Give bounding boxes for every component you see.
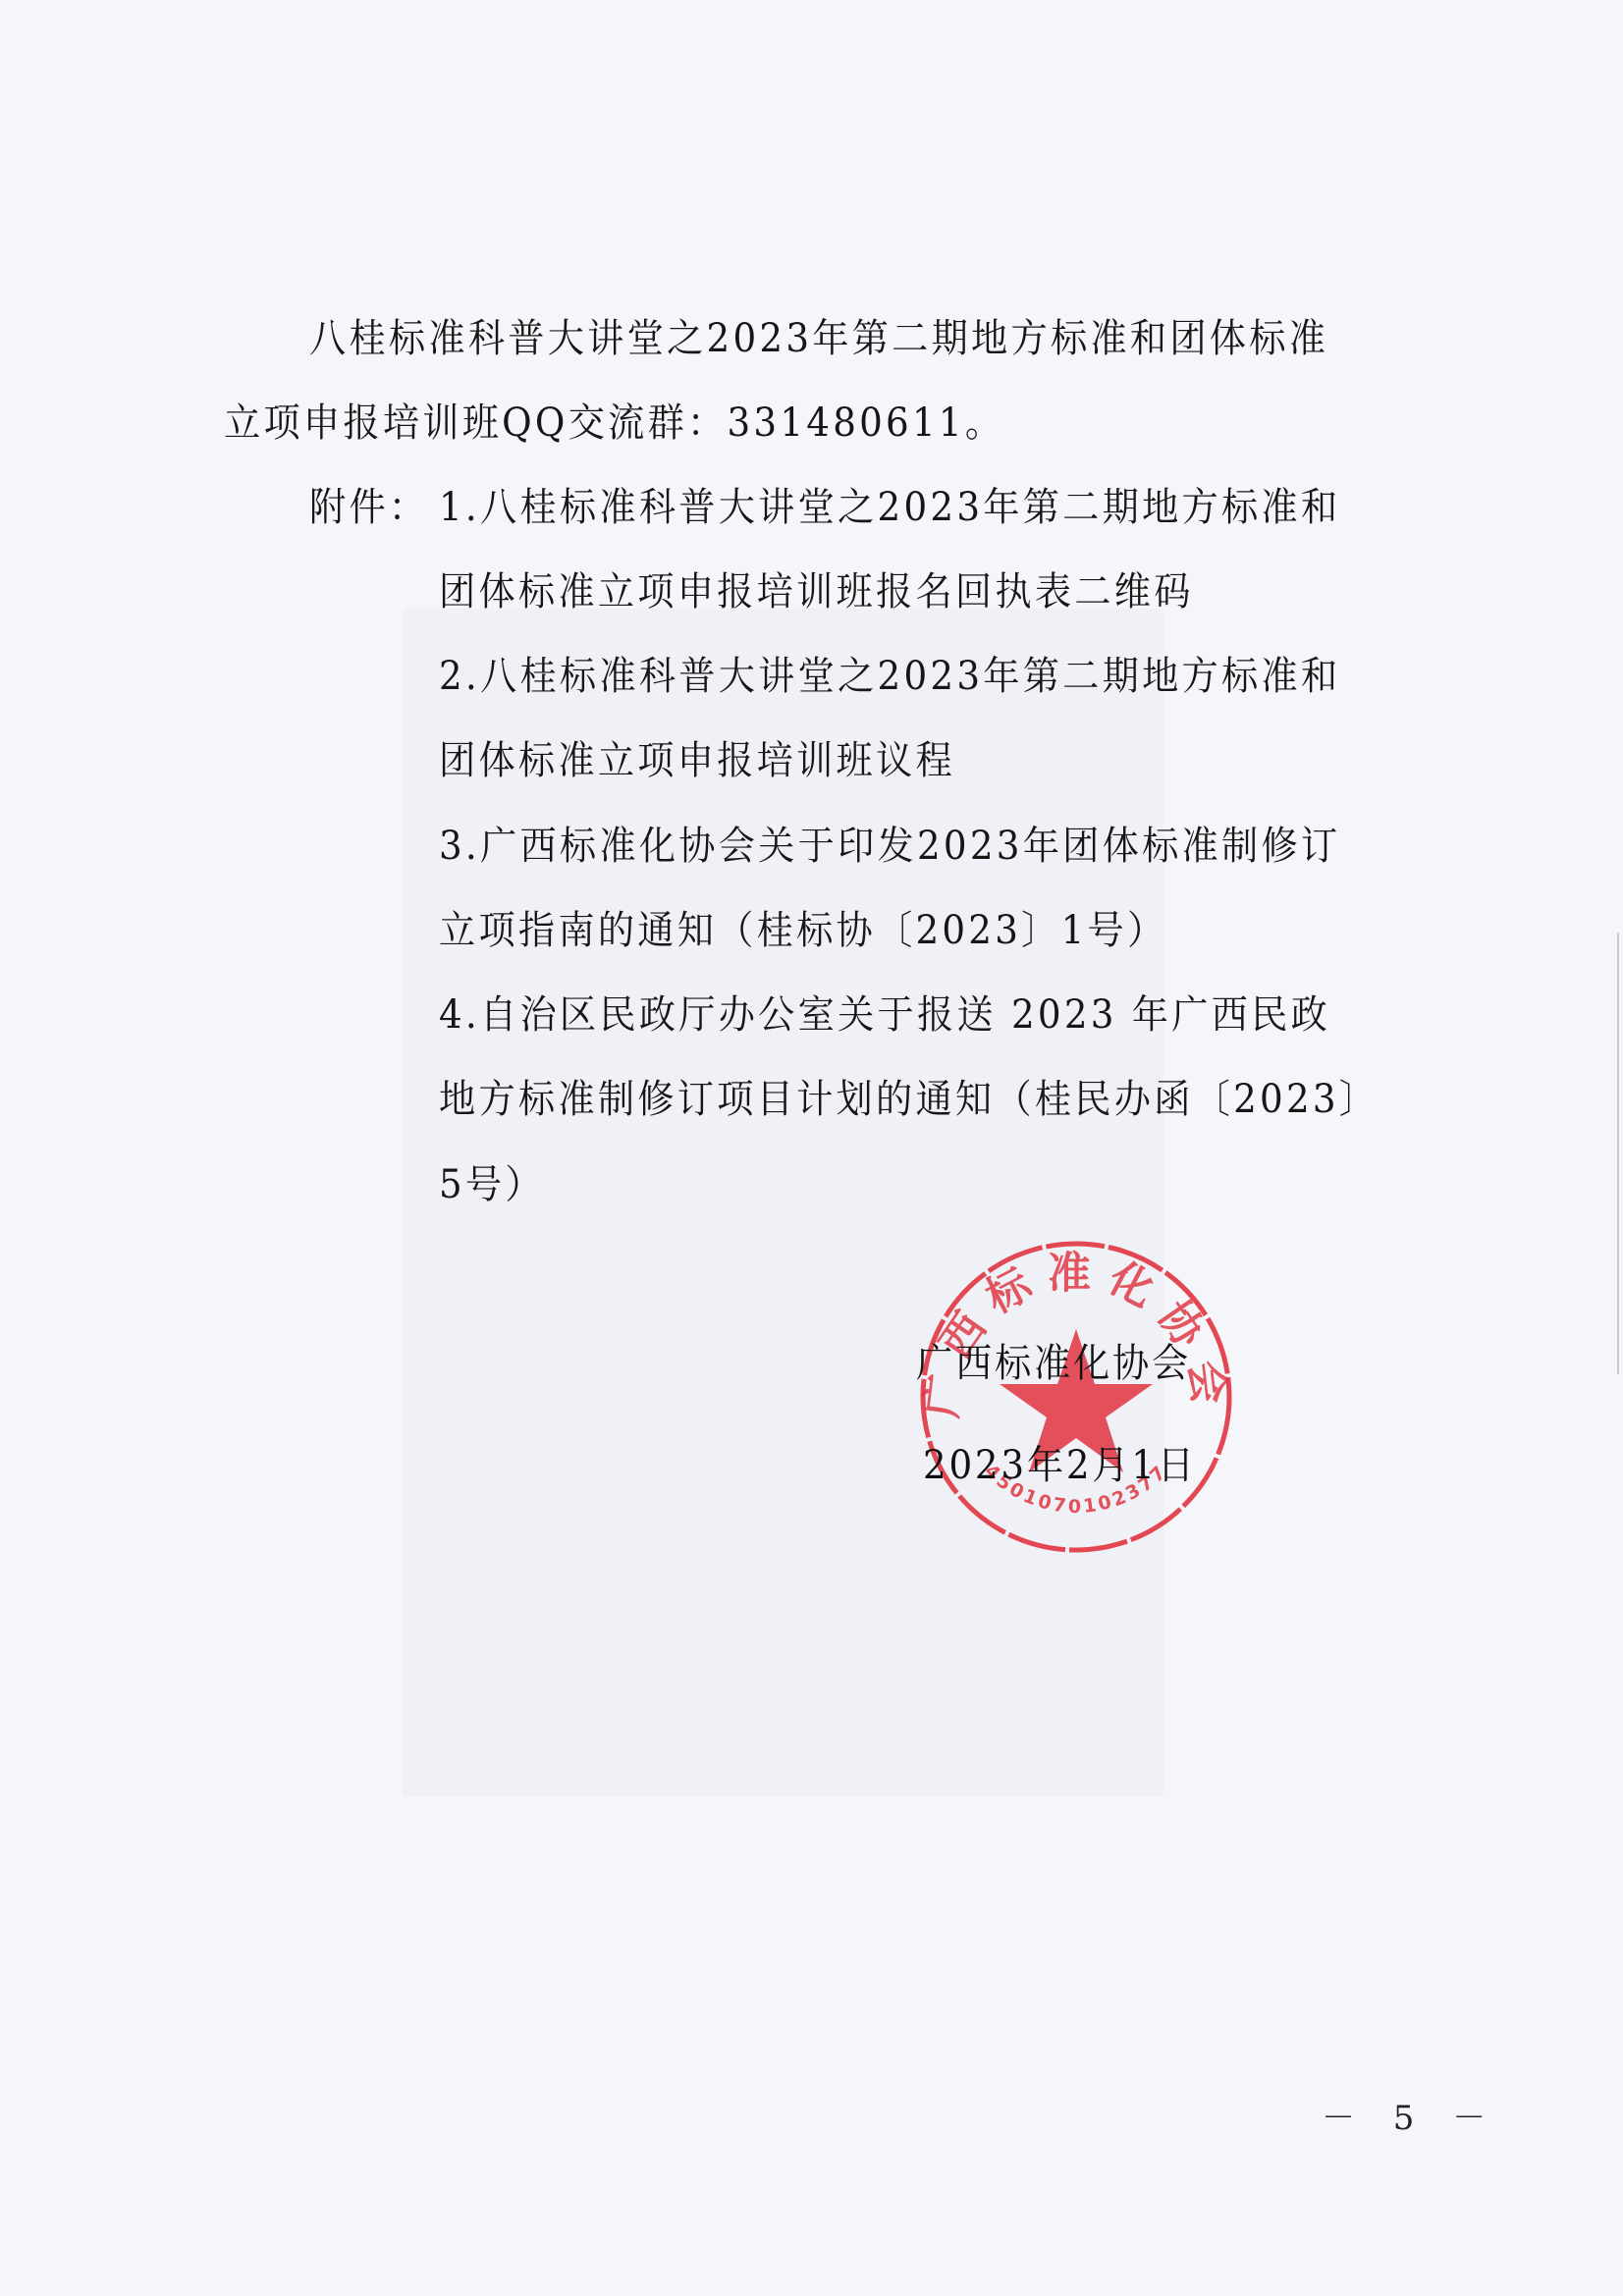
attachment-2-line-1: 2.八桂标准科普大讲堂之2023年第二期地方标准和 — [439, 654, 1340, 699]
official-seal-icon: 广西标准化协会 4501070102377 — [918, 1239, 1234, 1555]
attachment-4-line-1: 4.自治区民政厅办公室关于报送 2023 年广西民政 — [439, 992, 1330, 1038]
page-number: － 5 － — [1322, 2099, 1499, 2138]
signature-date: 2023年2月1日 — [923, 1443, 1197, 1488]
attachment-2-line-2: 团体标准立项申报培训班议程 — [439, 738, 955, 783]
attachment-1-line-1: 1.八桂标准科普大讲堂之2023年第二期地方标准和 — [439, 485, 1340, 530]
attachment-4-line-2: 地方标准制修订项目计划的通知（桂民办函〔2023〕 — [439, 1077, 1379, 1122]
paragraph-line-2: 立项申报培训班QQ交流群：331480611。 — [224, 400, 1004, 446]
paragraph-line-1: 八桂标准科普大讲堂之2023年第二期地方标准和团体标准 — [309, 316, 1328, 361]
signature-organization: 广西标准化协会 — [916, 1341, 1191, 1386]
page-edge — [1617, 933, 1619, 1374]
attachment-3-line-2: 立项指南的通知（桂标协〔2023〕1号） — [439, 908, 1166, 953]
attachment-3-line-1: 3.广西标准化协会关于印发2023年团体标准制修订 — [439, 824, 1340, 869]
attachment-1-line-2: 团体标准立项申报培训班报名回执表二维码 — [439, 569, 1194, 614]
attachment-4-line-3: 5号） — [439, 1162, 545, 1207]
attachments-label: 附件： — [309, 485, 428, 530]
